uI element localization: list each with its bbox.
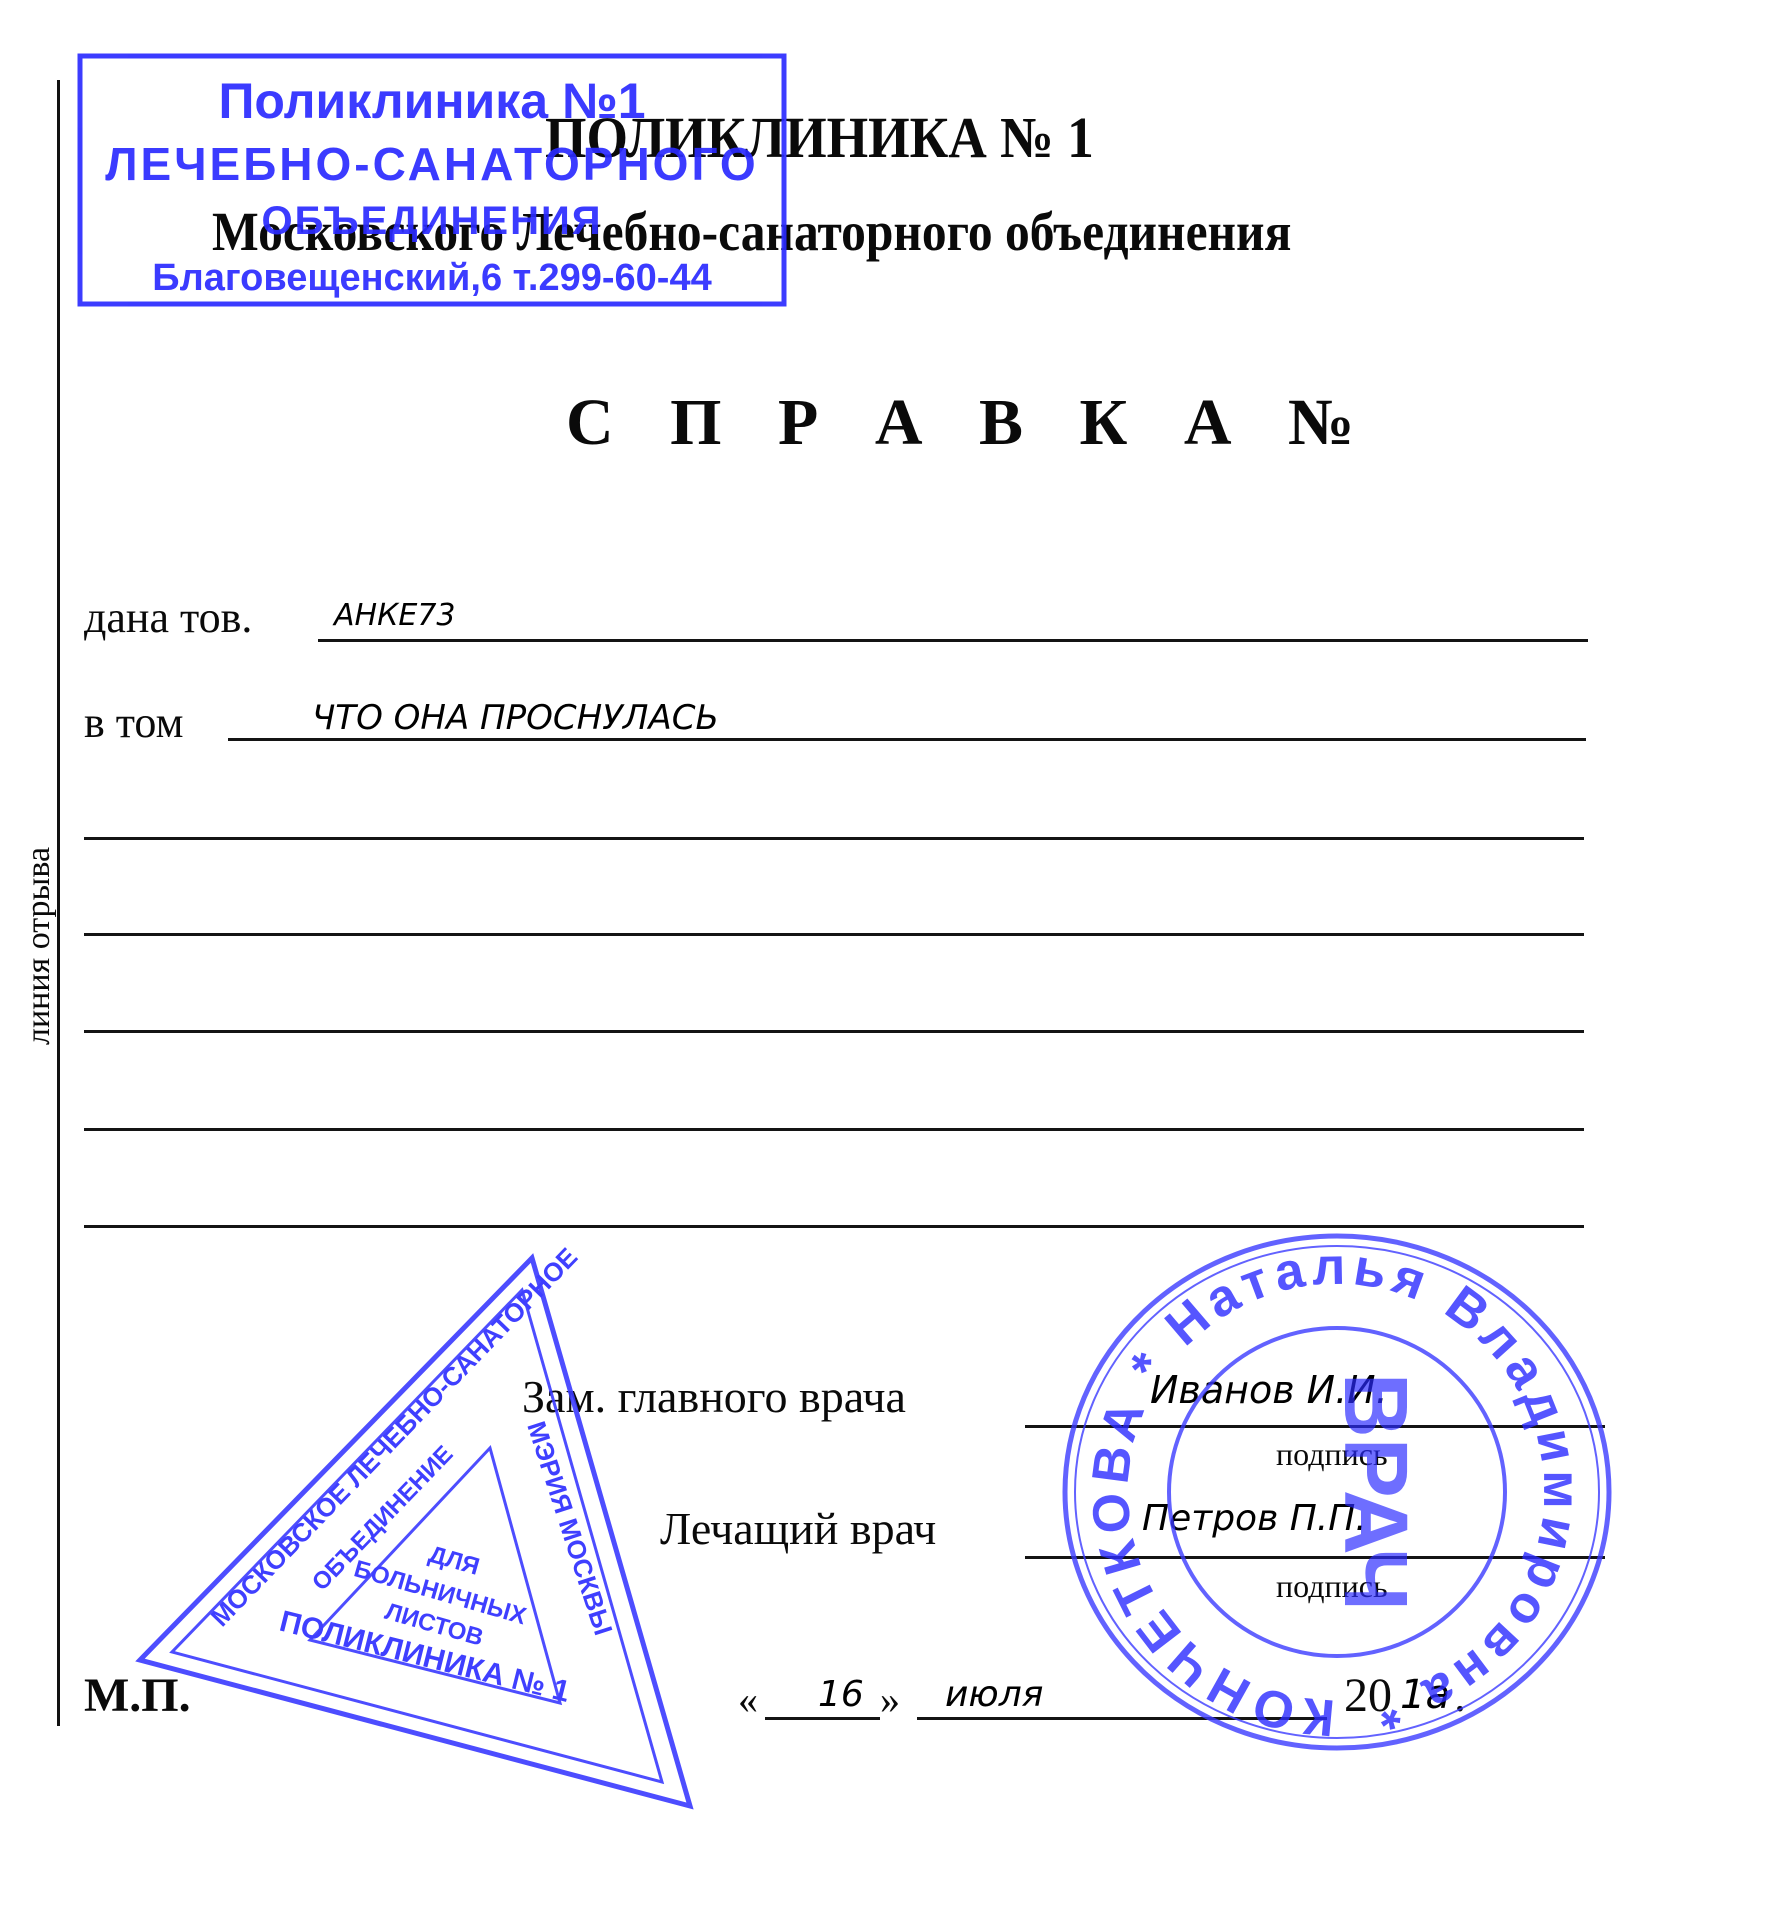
document-title: С П Р А В К А № [566,385,1374,461]
issued-to-line [318,639,1588,642]
attending-doctor-signature-line [1025,1556,1605,1559]
deputy-chief-label: Зам. главного врача [522,1370,906,1423]
regarding-label: в том [84,697,183,748]
deputy-chief-signature-caption: подпись [1276,1436,1388,1473]
tri-stamp-outer-text-2: ОБЪЕДИНЕНИЕ [307,1441,459,1597]
attending-doctor-signature[interactable]: Петров П.П. [1142,1498,1367,1539]
date-year-suffix[interactable]: 1а [1400,1672,1450,1718]
blank-line[interactable] [84,1030,1584,1033]
date-year-prefix: 20 [1344,1668,1392,1723]
regarding-line [228,738,1586,741]
blank-line[interactable] [84,1128,1584,1131]
tri-stamp-outer-text: МОСКОВСКОЕ ЛЕЧЕБНО-САНАТОРНОЕ [205,1242,584,1632]
round-stamp-ring-text: КОНЧЕТКОВА * Наталья Владимировна * [1081,1238,1590,1747]
stamps-layer: Поликлиника №1 ЛЕЧЕБНО-САНАТОРНОГО ОБЪЕД… [0,0,1785,1921]
rect-stamp-line-4: Благовещенский,6 т.299-60-44 [152,257,711,299]
deputy-chief-signature[interactable]: Иванов И.И. [1150,1368,1388,1412]
deputy-chief-signature-line [1025,1425,1605,1428]
date-day-line [765,1717,880,1720]
tri-stamp-right-text: МЭРИЯ МОСКВЫ [521,1418,618,1639]
rectangular-stamp: Поликлиника №1 ЛЕЧЕБНО-САНАТОРНОГО ОБЪЕД… [80,56,784,304]
clinic-subtitle: Московского Лечебно-санаторного объедине… [212,200,1291,263]
tear-line-label: линия отрыва [20,847,58,1045]
date-day[interactable]: 16 [818,1674,864,1715]
blank-line[interactable] [84,837,1584,840]
issued-to-label: дана тов. [84,592,252,643]
clinic-title: ПОЛИКЛИНИКА № 1 [545,104,1094,171]
date-month[interactable]: июля [945,1674,1043,1715]
attending-doctor-label: Лечащий врач [660,1502,936,1555]
tri-stamp-center-line-1: ДЛЯ [426,1541,483,1581]
date-year-end: . [1454,1668,1466,1723]
triangular-stamp: МОСКОВСКОЕ ЛЕЧЕБНО-САНАТОРНОЕ ОБЪЕДИНЕНИ… [140,1242,690,1806]
date-month-line [917,1717,1327,1720]
regarding-value[interactable]: ЧТО ОНА ПРОСНУЛАСЬ [312,698,719,738]
blank-line[interactable] [84,933,1584,936]
tri-stamp-bottom-text: ПОЛИКЛИНИКА № 1 [276,1605,573,1709]
blank-line[interactable] [84,1225,1584,1228]
issued-to-value[interactable]: АНКЕ73 [334,598,456,633]
attending-doctor-signature-caption: подпись [1276,1568,1388,1605]
round-stamp: КОНЧЕТКОВА * Наталья Владимировна * ВРАЧ [1065,1236,1609,1748]
date-open-quote: « [738,1676,758,1723]
tri-stamp-center-line-2: БОЛЬНИЧНЫХ [351,1555,529,1630]
seal-place-label: М.П. [84,1668,191,1723]
date-close-quote: » [880,1676,900,1723]
tri-stamp-center-line-3: ЛИСТОВ [382,1598,486,1652]
